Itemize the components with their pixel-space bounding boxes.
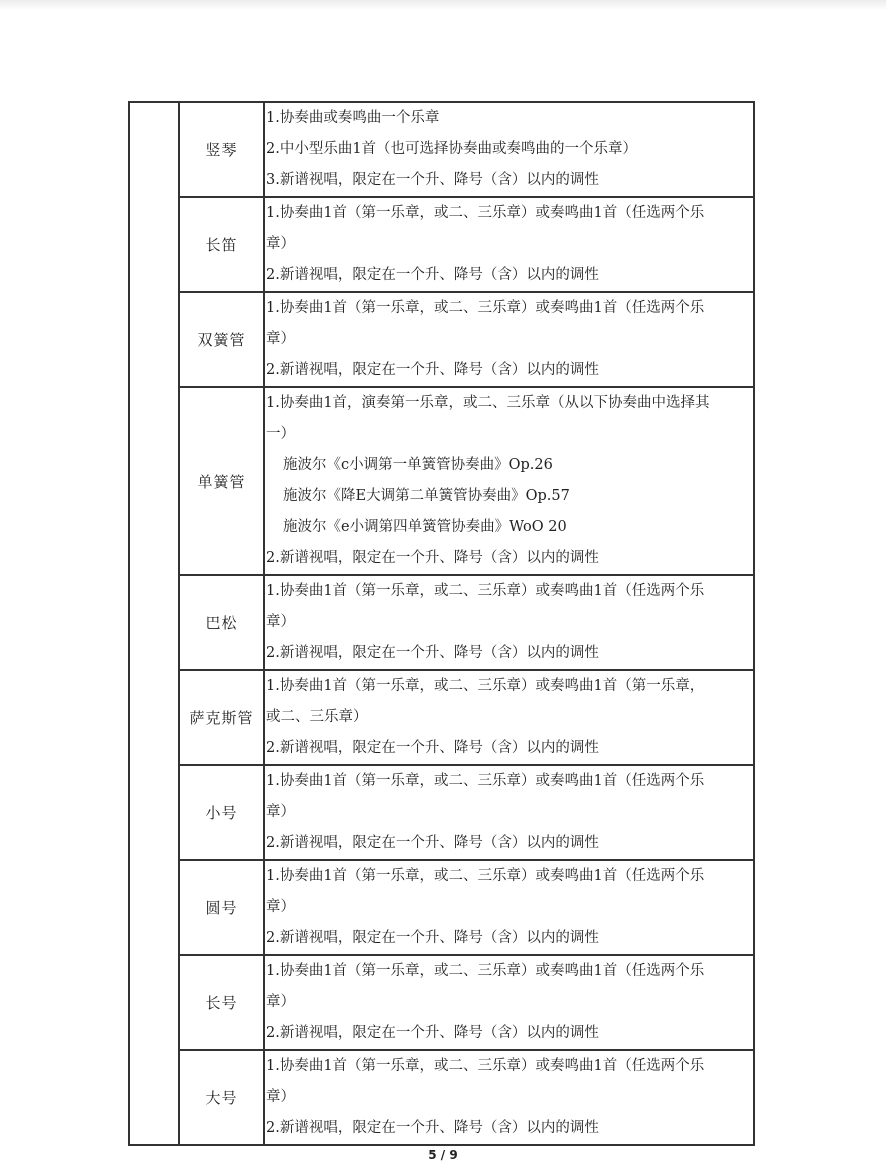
requirements-cell: 1.协奏曲1首（第一乐章，或二、三乐章）或奏鸣曲1首（任选两个乐章）2.新谱视唱…: [264, 955, 754, 1050]
repertoire-item: 施波尔《降E大调第二单簧管协奏曲》Op.57: [266, 481, 753, 512]
requirement-line: 章）: [266, 987, 753, 1018]
requirement-line: 章）: [266, 797, 753, 828]
requirement-line: 章）: [266, 324, 753, 355]
requirement-line: 2.新谱视唱，限定在一个升、降号（含）以内的调性: [266, 1113, 753, 1144]
requirement-line: 1.协奏曲1首（第一乐章，或二、三乐章）或奏鸣曲1首（任选两个乐: [266, 293, 753, 324]
requirements-cell: 1.协奏曲1首（第一乐章，或二、三乐章）或奏鸣曲1首（任选两个乐章）2.新谱视唱…: [264, 197, 754, 292]
requirement-line: 2.新谱视唱，限定在一个升、降号（含）以内的调性: [266, 355, 753, 386]
requirement-line: 1.协奏曲1首（第一乐章，或二、三乐章）或奏鸣曲1首（任选两个乐: [266, 766, 753, 797]
requirement-line: 1.协奏曲1首（第一乐章，或二、三乐章）或奏鸣曲1首（任选两个乐: [266, 198, 753, 229]
requirements-cell: 1.协奏曲1首（第一乐章，或二、三乐章）或奏鸣曲1首（任选两个乐章）2.新谱视唱…: [264, 575, 754, 670]
instrument-cell: 小号: [179, 765, 264, 860]
instrument-cell: 巴松: [179, 575, 264, 670]
instrument-cell: 竖琴: [179, 102, 264, 197]
instrument-cell: 萨克斯管: [179, 670, 264, 765]
table-row: 长笛1.协奏曲1首（第一乐章，或二、三乐章）或奏鸣曲1首（任选两个乐章）2.新谱…: [129, 197, 754, 292]
instrument-cell: 长笛: [179, 197, 264, 292]
requirement-line: 章）: [266, 229, 753, 260]
repertoire-item: 施波尔《e小调第四单簧管协奏曲》WoO 20: [266, 512, 753, 543]
requirements-cell: 1.协奏曲1首（第一乐章，或二、三乐章）或奏鸣曲1首（任选两个乐章）2.新谱视唱…: [264, 765, 754, 860]
requirement-line: 1.协奏曲1首（第一乐章，或二、三乐章）或奏鸣曲1首（任选两个乐: [266, 576, 753, 607]
requirement-line: 2.新谱视唱，限定在一个升、降号（含）以内的调性: [266, 260, 753, 291]
requirements-cell: 1.协奏曲1首（第一乐章，或二、三乐章）或奏鸣曲1首（第一乐章，或二、三乐章）2…: [264, 670, 754, 765]
viewer-top-shadow: [0, 0, 886, 10]
requirements-cell: 1.协奏曲1首（第一乐章，或二、三乐章）或奏鸣曲1首（任选两个乐章）2.新谱视唱…: [264, 1050, 754, 1145]
requirement-line: 1.协奏曲1首（第一乐章，或二、三乐章）或奏鸣曲1首（任选两个乐: [266, 1051, 753, 1082]
requirement-line: 1.协奏曲1首，演奏第一乐章，或二、三乐章（从以下协奏曲中选择其: [266, 388, 753, 419]
requirement-line: 2.新谱视唱，限定在一个升、降号（含）以内的调性: [266, 1018, 753, 1049]
requirement-line: 2.新谱视唱，限定在一个升、降号（含）以内的调性: [266, 923, 753, 954]
requirement-line: 2.新谱视唱，限定在一个升、降号（含）以内的调性: [266, 638, 753, 669]
table-row: 竖琴1.协奏曲或奏鸣曲一个乐章2.中小型乐曲1首（也可选择协奏曲或奏鸣曲的一个乐…: [129, 102, 754, 197]
instrument-cell: 圆号: [179, 860, 264, 955]
requirement-line: 1.协奏曲1首（第一乐章，或二、三乐章）或奏鸣曲1首（任选两个乐: [266, 861, 753, 892]
page-indicator: 5 / 9: [0, 1148, 886, 1162]
table-row: 长号1.协奏曲1首（第一乐章，或二、三乐章）或奏鸣曲1首（任选两个乐章）2.新谱…: [129, 955, 754, 1050]
table-row: 圆号1.协奏曲1首（第一乐章，或二、三乐章）或奏鸣曲1首（任选两个乐章）2.新谱…: [129, 860, 754, 955]
instrument-cell: 单簧管: [179, 387, 264, 575]
exam-requirements-table: 竖琴1.协奏曲或奏鸣曲一个乐章2.中小型乐曲1首（也可选择协奏曲或奏鸣曲的一个乐…: [128, 101, 755, 1146]
requirement-line: 1.协奏曲1首（第一乐章，或二、三乐章）或奏鸣曲1首（任选两个乐: [266, 956, 753, 987]
instrument-cell: 长号: [179, 955, 264, 1050]
requirements-cell: 1.协奏曲1首（第一乐章，或二、三乐章）或奏鸣曲1首（任选两个乐章）2.新谱视唱…: [264, 292, 754, 387]
requirement-line: 1.协奏曲或奏鸣曲一个乐章: [266, 103, 753, 134]
requirement-line: 2.新谱视唱，限定在一个升、降号（含）以内的调性: [266, 733, 753, 764]
table-row: 小号1.协奏曲1首（第一乐章，或二、三乐章）或奏鸣曲1首（任选两个乐章）2.新谱…: [129, 765, 754, 860]
instrument-cell: 大号: [179, 1050, 264, 1145]
table-row: 巴松1.协奏曲1首（第一乐章，或二、三乐章）或奏鸣曲1首（任选两个乐章）2.新谱…: [129, 575, 754, 670]
requirement-line: 1.协奏曲1首（第一乐章，或二、三乐章）或奏鸣曲1首（第一乐章，: [266, 671, 753, 702]
requirement-line: 章）: [266, 607, 753, 638]
requirements-cell: 1.协奏曲1首（第一乐章，或二、三乐章）或奏鸣曲1首（任选两个乐章）2.新谱视唱…: [264, 860, 754, 955]
instrument-cell: 双簧管: [179, 292, 264, 387]
requirement-line: 2.中小型乐曲1首（也可选择协奏曲或奏鸣曲的一个乐章）: [266, 134, 753, 165]
table-row: 萨克斯管1.协奏曲1首（第一乐章，或二、三乐章）或奏鸣曲1首（第一乐章，或二、三…: [129, 670, 754, 765]
repertoire-item: 施波尔《c小调第一单簧管协奏曲》Op.26: [266, 450, 753, 481]
requirements-cell: 1.协奏曲或奏鸣曲一个乐章2.中小型乐曲1首（也可选择协奏曲或奏鸣曲的一个乐章）…: [264, 102, 754, 197]
requirement-line: 章）: [266, 892, 753, 923]
table-row: 大号1.协奏曲1首（第一乐章，或二、三乐章）或奏鸣曲1首（任选两个乐章）2.新谱…: [129, 1050, 754, 1145]
requirement-line: 2.新谱视唱，限定在一个升、降号（含）以内的调性: [266, 543, 753, 574]
requirement-line: 3.新谱视唱，限定在一个升、降号（含）以内的调性: [266, 165, 753, 196]
table-row: 双簧管1.协奏曲1首（第一乐章，或二、三乐章）或奏鸣曲1首（任选两个乐章）2.新…: [129, 292, 754, 387]
requirement-line: 或二、三乐章）: [266, 702, 753, 733]
requirement-line: 一）: [266, 419, 753, 450]
requirements-cell: 1.协奏曲1首，演奏第一乐章，或二、三乐章（从以下协奏曲中选择其一）施波尔《c小…: [264, 387, 754, 575]
requirement-line: 2.新谱视唱，限定在一个升、降号（含）以内的调性: [266, 828, 753, 859]
requirement-line: 章）: [266, 1082, 753, 1113]
table-row: 单簧管1.协奏曲1首，演奏第一乐章，或二、三乐章（从以下协奏曲中选择其一）施波尔…: [129, 387, 754, 575]
category-cell: [129, 102, 179, 1145]
